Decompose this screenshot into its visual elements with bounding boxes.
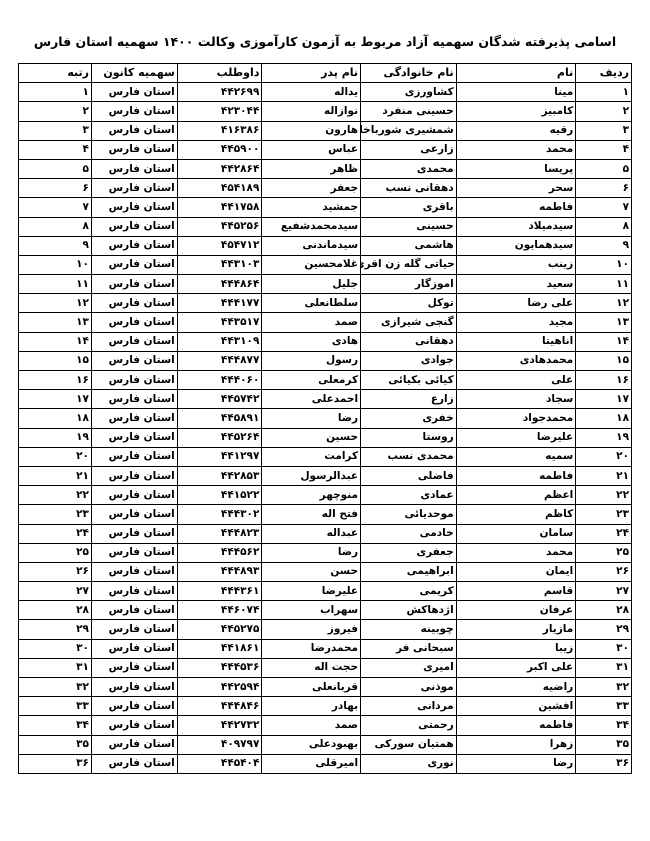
cell-father: رسول [262,351,361,370]
table-row: ۱۸محمدجوادخفریرضا۴۴۵۸۹۱استان فارس۱۸ [19,409,632,428]
table-row: ۲۵محمدجعفریرضا۴۴۴۵۶۲استان فارس۲۵ [19,543,632,562]
cell-father: غلامحسین [262,255,361,274]
cell-family: روستا [361,428,457,447]
cell-family: اموزگار [361,275,457,294]
cell-davtalab: ۴۴۲۸۵۳ [177,466,262,485]
cell-father: هادی [262,332,361,351]
cell-radif: ۷ [576,198,632,217]
cell-davtalab: ۴۴۶۰۷۴ [177,601,262,620]
cell-radif: ۱۵ [576,351,632,370]
cell-family: کیائی بکیائی [361,371,457,390]
cell-rotbeh: ۲۱ [19,466,92,485]
cell-davtalab: ۴۴۴۸۴۶ [177,697,262,716]
cell-davtalab: ۴۴۱۷۵۸ [177,198,262,217]
cell-father: عبداله [262,524,361,543]
cell-family: رحمتی [361,716,457,735]
cell-davtalab: ۴۴۵۸۹۱ [177,409,262,428]
cell-sahmieh: استان فارس [91,678,177,697]
table-row: ۳۳افشینمردانیبهادر۴۴۴۸۴۶استان فارس۳۳ [19,697,632,716]
cell-name: سمیه [456,447,576,466]
cell-rotbeh: ۹ [19,236,92,255]
cell-rotbeh: ۱ [19,83,92,102]
cell-name: محمد [456,140,576,159]
cell-radif: ۳۵ [576,735,632,754]
table-row: ۱۳مجیدگنجی شیرازیصمد۴۴۳۵۱۷استان فارس۱۳ [19,313,632,332]
cell-radif: ۲۷ [576,582,632,601]
cell-name: محمد [456,543,576,562]
table-row: ۳رقیهشمشیری شورباخلوهارون۴۱۶۳۸۶استان فار… [19,121,632,140]
table-row: ۲۶ایمانابراهیمیحسن۴۴۴۸۹۳استان فارس۲۶ [19,562,632,581]
cell-name: مینا [456,83,576,102]
cell-father: سهراب [262,601,361,620]
column-header-father: نام پدر [262,64,361,83]
cell-rotbeh: ۶ [19,179,92,198]
cell-family: همتیان سورکی [361,735,457,754]
cell-family: توکل [361,294,457,313]
scanned-document-page: اسامی پذیرفته شدگان سهمیه آزاد مربوط به … [0,0,650,841]
cell-father: جعفر [262,179,361,198]
cell-davtalab: ۴۴۴۵۶۲ [177,543,262,562]
cell-radif: ۳ [576,121,632,140]
cell-rotbeh: ۱۶ [19,371,92,390]
table-row: ۲۲اعظمعمادیمنوچهر۴۴۱۵۲۲استان فارس۲۲ [19,486,632,505]
cell-rotbeh: ۱۱ [19,275,92,294]
cell-family: گنجی شیرازی [361,313,457,332]
table-row: ۱۲علی رضاتوکلسلطانعلی۴۴۴۱۷۷استان فارس۱۲ [19,294,632,313]
table-row: ۱۴اناهیتادهقانیهادی۴۴۳۱۰۹استان فارس۱۴ [19,332,632,351]
cell-family: سبحانی فر [361,639,457,658]
cell-rotbeh: ۳۱ [19,658,92,677]
cell-radif: ۶ [576,179,632,198]
cell-radif: ۳۳ [576,697,632,716]
cell-name: ایمان [456,562,576,581]
cell-name: محمدجواد [456,409,576,428]
cell-father: فیروز [262,620,361,639]
cell-family: جعفری [361,543,457,562]
cell-rotbeh: ۳۰ [19,639,92,658]
cell-sahmieh: استان فارس [91,390,177,409]
cell-sahmieh: استان فارس [91,582,177,601]
cell-father: کرمعلی [262,371,361,390]
cell-name: علی رضا [456,294,576,313]
cell-name: سامان [456,524,576,543]
cell-father: یداله [262,83,361,102]
cell-radif: ۱۳ [576,313,632,332]
cell-rotbeh: ۲۹ [19,620,92,639]
cell-radif: ۳۰ [576,639,632,658]
table-row: ۱میناکشاورزییداله۴۴۲۶۹۹استان فارس۱ [19,83,632,102]
table-row: ۲۸عرفاناژدهاکشسهراب۴۴۶۰۷۴استان فارس۲۸ [19,601,632,620]
cell-father: جلیل [262,275,361,294]
cell-davtalab: ۴۴۵۹۰۰ [177,140,262,159]
cell-sahmieh: استان فارس [91,658,177,677]
cell-radif: ۲۲ [576,486,632,505]
table-row: ۲کامبیزحسینی منفردنوازاله۴۲۳۰۴۴استان فار… [19,102,632,121]
cell-name: سیدهمایون [456,236,576,255]
cell-sahmieh: استان فارس [91,255,177,274]
cell-family: دهقانی نسب [361,179,457,198]
table-row: ۲۹مازیارچوبینهفیروز۴۴۵۲۷۵استان فارس۲۹ [19,620,632,639]
cell-father: کرامت [262,447,361,466]
cell-radif: ۱ [576,83,632,102]
cell-family: زارعی [361,140,457,159]
cell-sahmieh: استان فارس [91,735,177,754]
cell-radif: ۱۹ [576,428,632,447]
cell-sahmieh: استان فارس [91,447,177,466]
cell-sahmieh: استان فارس [91,524,177,543]
cell-family: جوادی [361,351,457,370]
cell-rotbeh: ۱۳ [19,313,92,332]
cell-rotbeh: ۱۵ [19,351,92,370]
cell-rotbeh: ۲۷ [19,582,92,601]
cell-family: خادمی [361,524,457,543]
table-row: ۳۲راضیهموذنیقربانعلی۴۴۲۵۹۴استان فارس۳۲ [19,678,632,697]
cell-radif: ۱۴ [576,332,632,351]
cell-family: محمدی نسب [361,447,457,466]
cell-rotbeh: ۱۰ [19,255,92,274]
cell-name: اعظم [456,486,576,505]
cell-radif: ۲۳ [576,505,632,524]
cell-sahmieh: استان فارس [91,562,177,581]
cell-family: شمشیری شورباخلو [361,121,457,140]
table-row: ۶سحردهقانی نسبجعفر۴۵۴۱۸۹استان فارس۶ [19,179,632,198]
cell-radif: ۲۱ [576,466,632,485]
cell-radif: ۲۰ [576,447,632,466]
cell-father: حجت اله [262,658,361,677]
cell-name: رضا [456,754,576,773]
cell-radif: ۸ [576,217,632,236]
cell-name: افشین [456,697,576,716]
cell-rotbeh: ۲۶ [19,562,92,581]
table-row: ۳۴فاطمهرحمتیصمد۴۴۲۷۳۲استان فارس۳۴ [19,716,632,735]
cell-radif: ۲ [576,102,632,121]
cell-radif: ۳۴ [576,716,632,735]
cell-davtalab: ۴۴۴۰۶۰ [177,371,262,390]
cell-sahmieh: استان فارس [91,371,177,390]
cell-father: رضا [262,543,361,562]
cell-davtalab: ۴۴۵۲۷۵ [177,620,262,639]
cell-family: کشاورزی [361,83,457,102]
cell-father: محمدرضا [262,639,361,658]
cell-sahmieh: استان فارس [91,198,177,217]
cell-davtalab: ۴۴۵۷۴۲ [177,390,262,409]
cell-name: علیرضا [456,428,576,447]
cell-family: موذنی [361,678,457,697]
cell-rotbeh: ۱۹ [19,428,92,447]
cell-davtalab: ۴۴۱۸۶۱ [177,639,262,658]
table-row: ۳۶رضانوریامیرقلی۴۴۵۴۰۴استان فارس۳۶ [19,754,632,773]
cell-name: فاطمه [456,466,576,485]
cell-rotbeh: ۱۷ [19,390,92,409]
cell-davtalab: ۴۴۴۳۰۲ [177,505,262,524]
cell-radif: ۲۸ [576,601,632,620]
cell-rotbeh: ۱۲ [19,294,92,313]
cell-family: چوبینه [361,620,457,639]
cell-family: زارع [361,390,457,409]
cell-rotbeh: ۵ [19,159,92,178]
cell-rotbeh: ۴ [19,140,92,159]
column-header-family: نام خانوادگی [361,64,457,83]
cell-family: اژدهاکش [361,601,457,620]
cell-sahmieh: استان فارس [91,313,177,332]
cell-davtalab: ۴۴۴۸۷۷ [177,351,262,370]
cell-family: مردانی [361,697,457,716]
cell-father: ظاهر [262,159,361,178]
cell-name: راضیه [456,678,576,697]
cell-name: کاظم [456,505,576,524]
cell-father: بهبودعلی [262,735,361,754]
table-row: ۴محمدزارعیعباس۴۴۵۹۰۰استان فارس۴ [19,140,632,159]
cell-davtalab: ۴۴۲۶۹۹ [177,83,262,102]
cell-rotbeh: ۳۳ [19,697,92,716]
cell-name: فاطمه [456,716,576,735]
cell-radif: ۱۲ [576,294,632,313]
cell-radif: ۲۴ [576,524,632,543]
table-row: ۱۶علیکیائی بکیائیکرمعلی۴۴۴۰۶۰استان فارس۱… [19,371,632,390]
cell-name: علی اکبر [456,658,576,677]
table-row: ۲۴سامانخادمیعبداله۴۴۴۸۲۳استان فارس۲۴ [19,524,632,543]
cell-davtalab: ۴۲۳۰۴۴ [177,102,262,121]
cell-name: زینب [456,255,576,274]
table-row: ۲۰سمیهمحمدی نسبکرامت۴۴۱۲۹۷استان فارس۲۰ [19,447,632,466]
cell-sahmieh: استان فارس [91,716,177,735]
cell-name: سجاد [456,390,576,409]
cell-sahmieh: استان فارس [91,428,177,447]
cell-sahmieh: استان فارس [91,543,177,562]
cell-father: صمد [262,716,361,735]
cell-sahmieh: استان فارس [91,754,177,773]
cell-sahmieh: استان فارس [91,179,177,198]
cell-name: زهرا [456,735,576,754]
cell-name: فاطمه [456,198,576,217]
cell-davtalab: ۴۱۶۳۸۶ [177,121,262,140]
cell-radif: ۱۱ [576,275,632,294]
cell-family: حسینی [361,217,457,236]
table-row: ۱۵محمدهادیجوادیرسول۴۴۴۸۷۷استان فارس۱۵ [19,351,632,370]
table-row: ۷فاطمهباقریجمشید۴۴۱۷۵۸استان فارس۷ [19,198,632,217]
table-row: ۱۰زینبحیاتی گله زن اقریغلامحسین۴۴۳۱۰۳است… [19,255,632,274]
cell-father: رضا [262,409,361,428]
cell-family: کریمی [361,582,457,601]
cell-rotbeh: ۷ [19,198,92,217]
cell-rotbeh: ۲۵ [19,543,92,562]
cell-sahmieh: استان فارس [91,505,177,524]
cell-name: سحر [456,179,576,198]
cell-sahmieh: استان فارس [91,351,177,370]
cell-davtalab: ۴۴۳۱۰۳ [177,255,262,274]
cell-family: باقری [361,198,457,217]
cell-davtalab: ۴۴۴۸۶۴ [177,275,262,294]
cell-sahmieh: استان فارس [91,486,177,505]
cell-father: امیرقلی [262,754,361,773]
cell-name: اناهیتا [456,332,576,351]
cell-radif: ۱۰ [576,255,632,274]
cell-name: مازیار [456,620,576,639]
cell-name: زیبا [456,639,576,658]
table-row: ۳۱علی اکبرامیریحجت اله۴۴۴۵۳۶استان فارس۳۱ [19,658,632,677]
cell-rotbeh: ۲ [19,102,92,121]
cell-davtalab: ۴۴۴۳۶۱ [177,582,262,601]
cell-father: علیرضا [262,582,361,601]
cell-family: خفری [361,409,457,428]
cell-rotbeh: ۸ [19,217,92,236]
cell-name: کامبیز [456,102,576,121]
cell-father: حسن [262,562,361,581]
page-title: اسامی پذیرفته شدگان سهمیه آزاد مربوط به … [0,0,650,49]
cell-sahmieh: استان فارس [91,332,177,351]
cell-sahmieh: استان فارس [91,697,177,716]
cell-name: عرفان [456,601,576,620]
cell-davtalab: ۴۴۴۵۳۶ [177,658,262,677]
table-row: ۱۹علیرضاروستاحسین۴۴۵۲۶۴استان فارس۱۹ [19,428,632,447]
cell-davtalab: ۴۴۲۷۳۲ [177,716,262,735]
cell-name: رقیه [456,121,576,140]
cell-family: امیری [361,658,457,677]
cell-family: ابراهیمی [361,562,457,581]
column-header-radif: ردیف [576,64,632,83]
cell-father: قربانعلی [262,678,361,697]
cell-family: حیاتی گله زن اقری [361,255,457,274]
cell-radif: ۲۵ [576,543,632,562]
cell-name: علی [456,371,576,390]
cell-radif: ۱۷ [576,390,632,409]
cell-radif: ۱۸ [576,409,632,428]
cell-father: سلطانعلی [262,294,361,313]
cell-sahmieh: استان فارس [91,159,177,178]
cell-father: نوازاله [262,102,361,121]
cell-davtalab: ۴۴۳۵۱۷ [177,313,262,332]
cell-father: فتح اله [262,505,361,524]
cell-name: پریسا [456,159,576,178]
cell-name: محمدهادی [456,351,576,370]
cell-rotbeh: ۲۳ [19,505,92,524]
cell-name: سعید [456,275,576,294]
cell-davtalab: ۴۴۵۲۵۶ [177,217,262,236]
cell-davtalab: ۴۴۳۱۰۹ [177,332,262,351]
cell-rotbeh: ۱۴ [19,332,92,351]
cell-sahmieh: استان فارس [91,601,177,620]
cell-father: صمد [262,313,361,332]
table-row: ۱۱سعیداموزگارجلیل۴۴۴۸۶۴استان فارس۱۱ [19,275,632,294]
table-body: ۱میناکشاورزییداله۴۴۲۶۹۹استان فارس۱۲کامبی… [19,83,632,774]
cell-father: حسین [262,428,361,447]
cell-davtalab: ۴۴۵۴۰۴ [177,754,262,773]
cell-father: سیدمحمدشفیع [262,217,361,236]
cell-father: عبدالرسول [262,466,361,485]
cell-sahmieh: استان فارس [91,620,177,639]
cell-davtalab: ۴۴۱۵۲۲ [177,486,262,505]
cell-rotbeh: ۱۸ [19,409,92,428]
cell-family: دهقانی [361,332,457,351]
cell-sahmieh: استان فارس [91,83,177,102]
cell-radif: ۹ [576,236,632,255]
cell-sahmieh: استان فارس [91,275,177,294]
cell-davtalab: ۴۴۱۲۹۷ [177,447,262,466]
cell-davtalab: ۴۰۹۷۹۷ [177,735,262,754]
table-row: ۲۱فاطمهفاضلیعبدالرسول۴۴۲۸۵۳استان فارس۲۱ [19,466,632,485]
cell-rotbeh: ۳۶ [19,754,92,773]
cell-family: نوری [361,754,457,773]
cell-sahmieh: استان فارس [91,294,177,313]
cell-father: احمدعلی [262,390,361,409]
cell-father: بهادر [262,697,361,716]
column-header-sahmieh: سهمیه کانون [91,64,177,83]
cell-father: سیدماندنی [262,236,361,255]
cell-radif: ۳۱ [576,658,632,677]
cell-rotbeh: ۳۴ [19,716,92,735]
cell-radif: ۳۶ [576,754,632,773]
cell-radif: ۲۹ [576,620,632,639]
cell-davtalab: ۴۴۴۸۲۳ [177,524,262,543]
table-row: ۵پریسامحمدیظاهر۴۴۲۸۶۴استان فارس۵ [19,159,632,178]
cell-rotbeh: ۳۵ [19,735,92,754]
cell-father: عباس [262,140,361,159]
cell-sahmieh: استان فارس [91,140,177,159]
table-row: ۲۷قاسمکریمیعلیرضا۴۴۴۳۶۱استان فارس۲۷ [19,582,632,601]
cell-sahmieh: استان فارس [91,217,177,236]
cell-rotbeh: ۲۸ [19,601,92,620]
cell-radif: ۲۶ [576,562,632,581]
results-table: ردیفنامنام خانوادگینام پدرداوطلبسهمیه کا… [18,63,632,774]
cell-name: سیدمیلاد [456,217,576,236]
cell-name: مجید [456,313,576,332]
cell-family: موحدیائی [361,505,457,524]
cell-family: فاضلی [361,466,457,485]
column-header-rotbeh: رتبه [19,64,92,83]
cell-sahmieh: استان فارس [91,409,177,428]
cell-sahmieh: استان فارس [91,102,177,121]
cell-davtalab: ۴۴۴۱۷۷ [177,294,262,313]
cell-radif: ۵ [576,159,632,178]
cell-family: هاشمی [361,236,457,255]
cell-davtalab: ۴۴۴۸۹۳ [177,562,262,581]
table-row: ۳۰زیباسبحانی فرمحمدرضا۴۴۱۸۶۱استان فارس۳۰ [19,639,632,658]
cell-father: منوچهر [262,486,361,505]
cell-family: عمادی [361,486,457,505]
cell-sahmieh: استان فارس [91,121,177,140]
cell-sahmieh: استان فارس [91,639,177,658]
cell-rotbeh: ۳ [19,121,92,140]
cell-davtalab: ۴۴۵۲۶۴ [177,428,262,447]
table-row: ۸سیدمیلادحسینیسیدمحمدشفیع۴۴۵۲۵۶استان فار… [19,217,632,236]
table-row: ۲۳کاظمموحدیائیفتح اله۴۴۴۳۰۲استان فارس۲۳ [19,505,632,524]
table-row: ۳۵زهراهمتیان سورکیبهبودعلی۴۰۹۷۹۷استان فا… [19,735,632,754]
table-header-row: ردیفنامنام خانوادگینام پدرداوطلبسهمیه کا… [19,64,632,83]
cell-rotbeh: ۲۰ [19,447,92,466]
cell-davtalab: ۴۴۲۸۶۴ [177,159,262,178]
table-row: ۱۷سجادزارعاحمدعلی۴۴۵۷۴۲استان فارس۱۷ [19,390,632,409]
cell-father: جمشید [262,198,361,217]
column-header-davtalab: داوطلب [177,64,262,83]
cell-rotbeh: ۳۲ [19,678,92,697]
table-header: ردیفنامنام خانوادگینام پدرداوطلبسهمیه کا… [19,64,632,83]
cell-rotbeh: ۲۲ [19,486,92,505]
column-header-name: نام [456,64,576,83]
cell-davtalab: ۴۴۲۵۹۴ [177,678,262,697]
cell-radif: ۴ [576,140,632,159]
cell-father: هارون [262,121,361,140]
cell-rotbeh: ۲۴ [19,524,92,543]
cell-family: محمدی [361,159,457,178]
cell-name: قاسم [456,582,576,601]
cell-davtalab: ۴۵۴۷۱۲ [177,236,262,255]
cell-radif: ۱۶ [576,371,632,390]
cell-davtalab: ۴۵۴۱۸۹ [177,179,262,198]
cell-family: حسینی منفرد [361,102,457,121]
cell-sahmieh: استان فارس [91,236,177,255]
cell-sahmieh: استان فارس [91,466,177,485]
cell-radif: ۳۲ [576,678,632,697]
